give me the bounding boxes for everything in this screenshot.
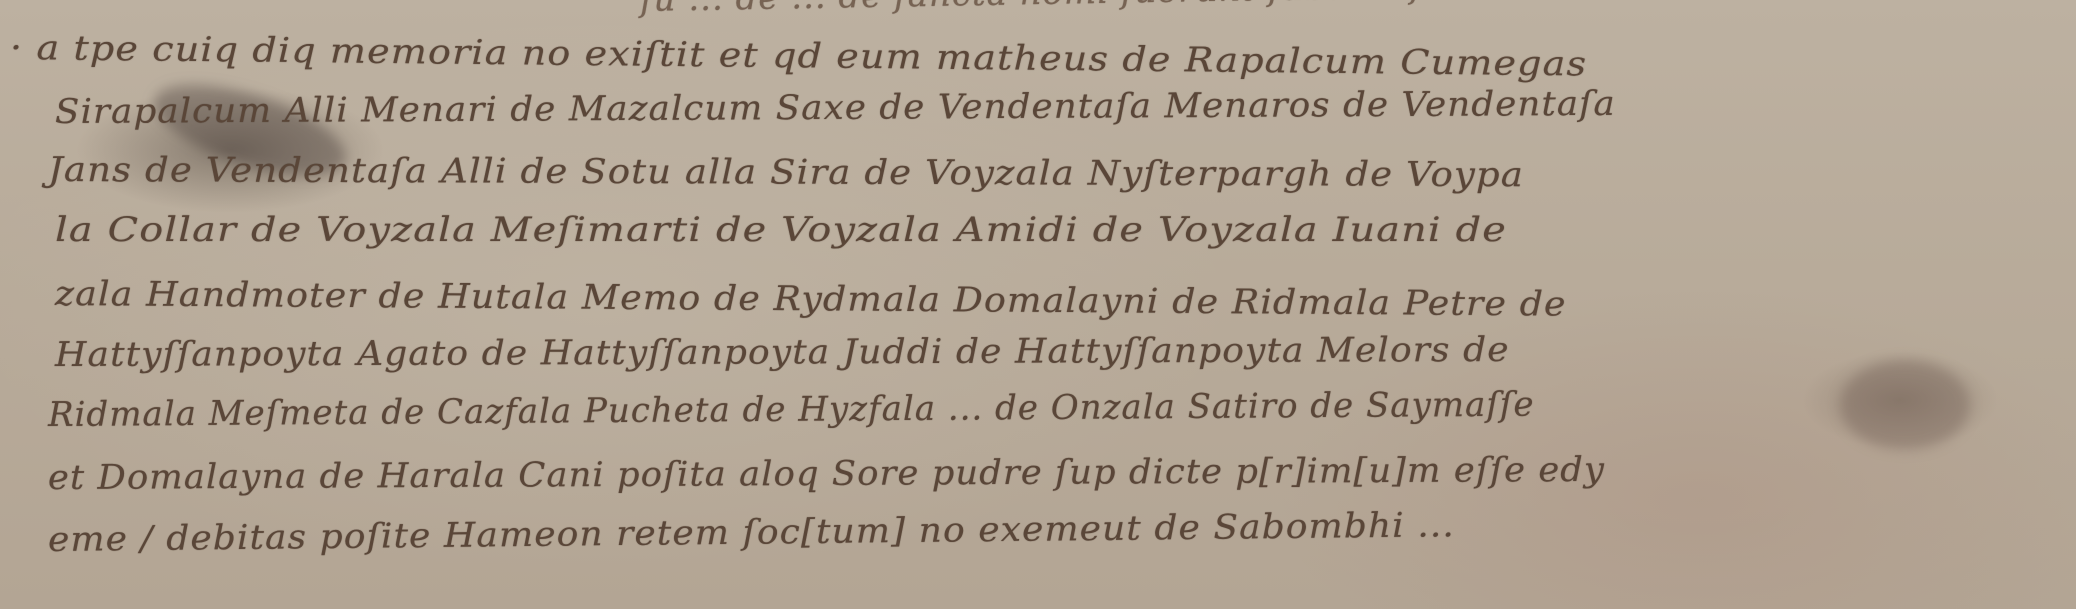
manuscript-line-6: zala Handmoter de Hutala Memo de Rydmala… [55, 274, 1567, 325]
manuscript-line-9: et Domalayna de Harala Cani poſita aloq … [48, 450, 1605, 498]
manuscript-page: ſu ... de ... de ſancta nomi fuerunt ſub… [0, 0, 2076, 609]
manuscript-line-10: eme / debitas poſite Hameon retem ſoc[tu… [48, 505, 1455, 560]
manuscript-line-1: ſu ... de ... de ſancta nomi fuerunt ſub… [640, 0, 1468, 20]
manuscript-line-7: Hattyſſanpoyta Agato de Hattyſſanpoyta J… [55, 330, 1510, 375]
manuscript-line-8: Ridmala Meſmeta de Cazfala Pucheta de Hy… [48, 385, 1535, 435]
manuscript-line-3: Sirapalcum Alli Menari de Mazalcum Saxe … [55, 84, 1616, 132]
manuscript-line-5: la Collar de Voyzala Meſimarti de Voyzal… [55, 210, 1507, 250]
manuscript-line-2: · a tpe cuiq diq memoria no exiſtit et q… [10, 28, 1588, 85]
ink-smudge [1840, 360, 1970, 450]
manuscript-line-4: Jans de Vendentaſa Alli de Sotu alla Sir… [48, 150, 1524, 195]
